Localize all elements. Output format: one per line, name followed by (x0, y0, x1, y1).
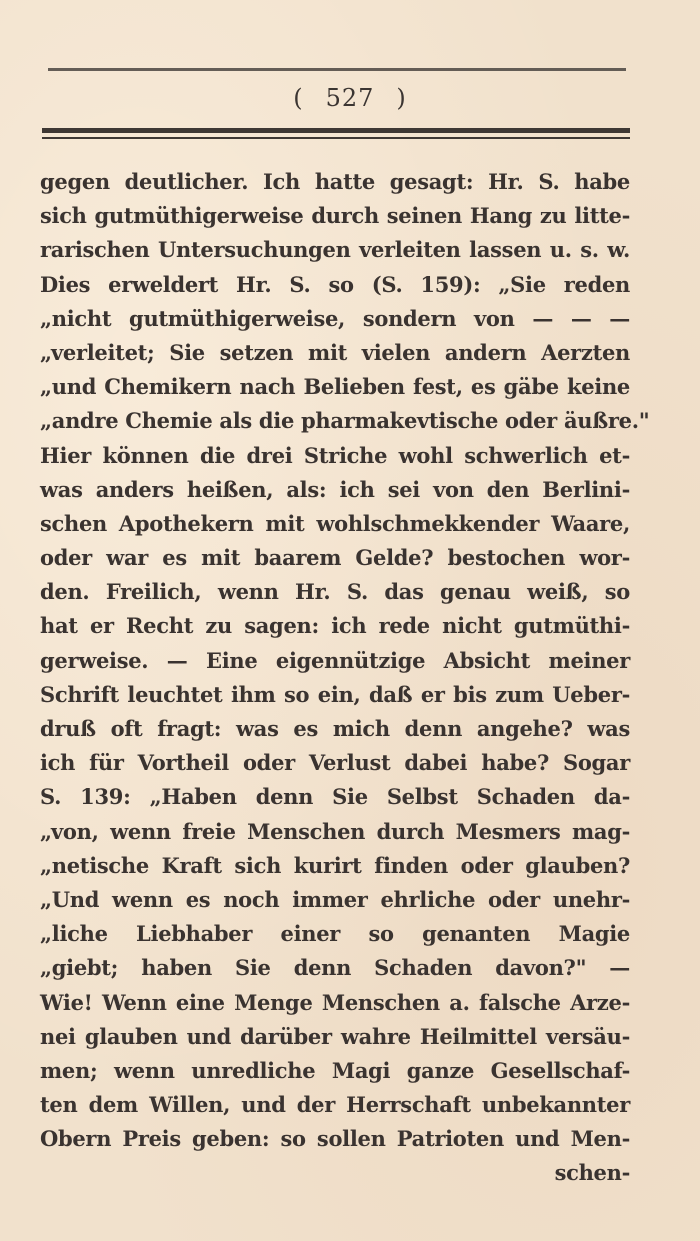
body-text: gegen deutlicher. Ich hatte gesagt: Hr. … (40, 165, 630, 1191)
text-line: Schrift leuchtet ihm so ein, daß er bis … (40, 678, 630, 712)
text-line: „nicht gutmüthigerweise, sondern von — —… (40, 302, 630, 336)
text-line: „und Chemikern nach Belieben fest, es gä… (40, 370, 630, 404)
text-line: oder war es mit baarem Gelde? bestochen … (40, 541, 630, 575)
text-line: „andre Chemie als die pharmakevtische od… (40, 404, 630, 438)
text-line: S. 139: „Haben denn Sie Selbst Schaden d… (40, 780, 630, 814)
close-paren: ) (396, 84, 406, 112)
text-line: „giebt; haben Sie denn Schaden davon?" — (40, 951, 630, 985)
text-line: sich gutmüthigerweise durch seinen Hang … (40, 199, 630, 233)
text-line: was anders heißen, als: ich sei von den … (40, 473, 630, 507)
text-line: Wie! Wenn eine Menge Menschen a. falsche… (40, 986, 630, 1020)
text-line: nei glauben und darüber wahre Heilmittel… (40, 1020, 630, 1054)
page-number-header: (527) (0, 84, 700, 112)
top-rule-divider (48, 68, 626, 71)
text-line: ten dem Willen, und der Herrschaft unbek… (40, 1088, 630, 1122)
text-line: „von, wenn freie Menschen durch Mesmers … (40, 815, 630, 849)
text-line: „liche Liebhaber einer so genanten Magie (40, 917, 630, 951)
book-page: (527) gegen deutlicher. Ich hatte gesagt… (0, 0, 700, 1241)
text-line: rarischen Untersuchungen verleiten lasse… (40, 233, 630, 267)
text-line: den. Freilich, wenn Hr. S. das genau wei… (40, 575, 630, 609)
catchword: schen- (40, 1156, 630, 1190)
text-line: „verleitet; Sie setzen mit vielen andern… (40, 336, 630, 370)
text-line: „Und wenn es noch immer ehrliche oder un… (40, 883, 630, 917)
text-line: druß oft fragt: was es mich denn angehe?… (40, 712, 630, 746)
text-line: hat er Recht zu sagen: ich rede nicht gu… (40, 609, 630, 643)
text-line: Hier können die drei Striche wohl schwer… (40, 439, 630, 473)
text-line: Dies erweldert Hr. S. so (S. 159): „Sie … (40, 268, 630, 302)
page-number: 527 (326, 84, 375, 112)
header-double-rule-thick (42, 128, 630, 133)
text-line: schen Apothekern mit wohlschmekkender Wa… (40, 507, 630, 541)
text-line: Obern Preis geben: so sollen Patrioten u… (40, 1122, 630, 1156)
text-line: gerweise. — Eine eigennützige Absicht me… (40, 644, 630, 678)
open-paren: ( (293, 84, 303, 112)
header-double-rule-thin (42, 137, 630, 139)
text-line: ich für Vortheil oder Verlust dabei habe… (40, 746, 630, 780)
text-line: men; wenn unredliche Magi ganze Gesellsc… (40, 1054, 630, 1088)
text-line: gegen deutlicher. Ich hatte gesagt: Hr. … (40, 165, 630, 199)
text-line: „netische Kraft sich kurirt finden oder … (40, 849, 630, 883)
